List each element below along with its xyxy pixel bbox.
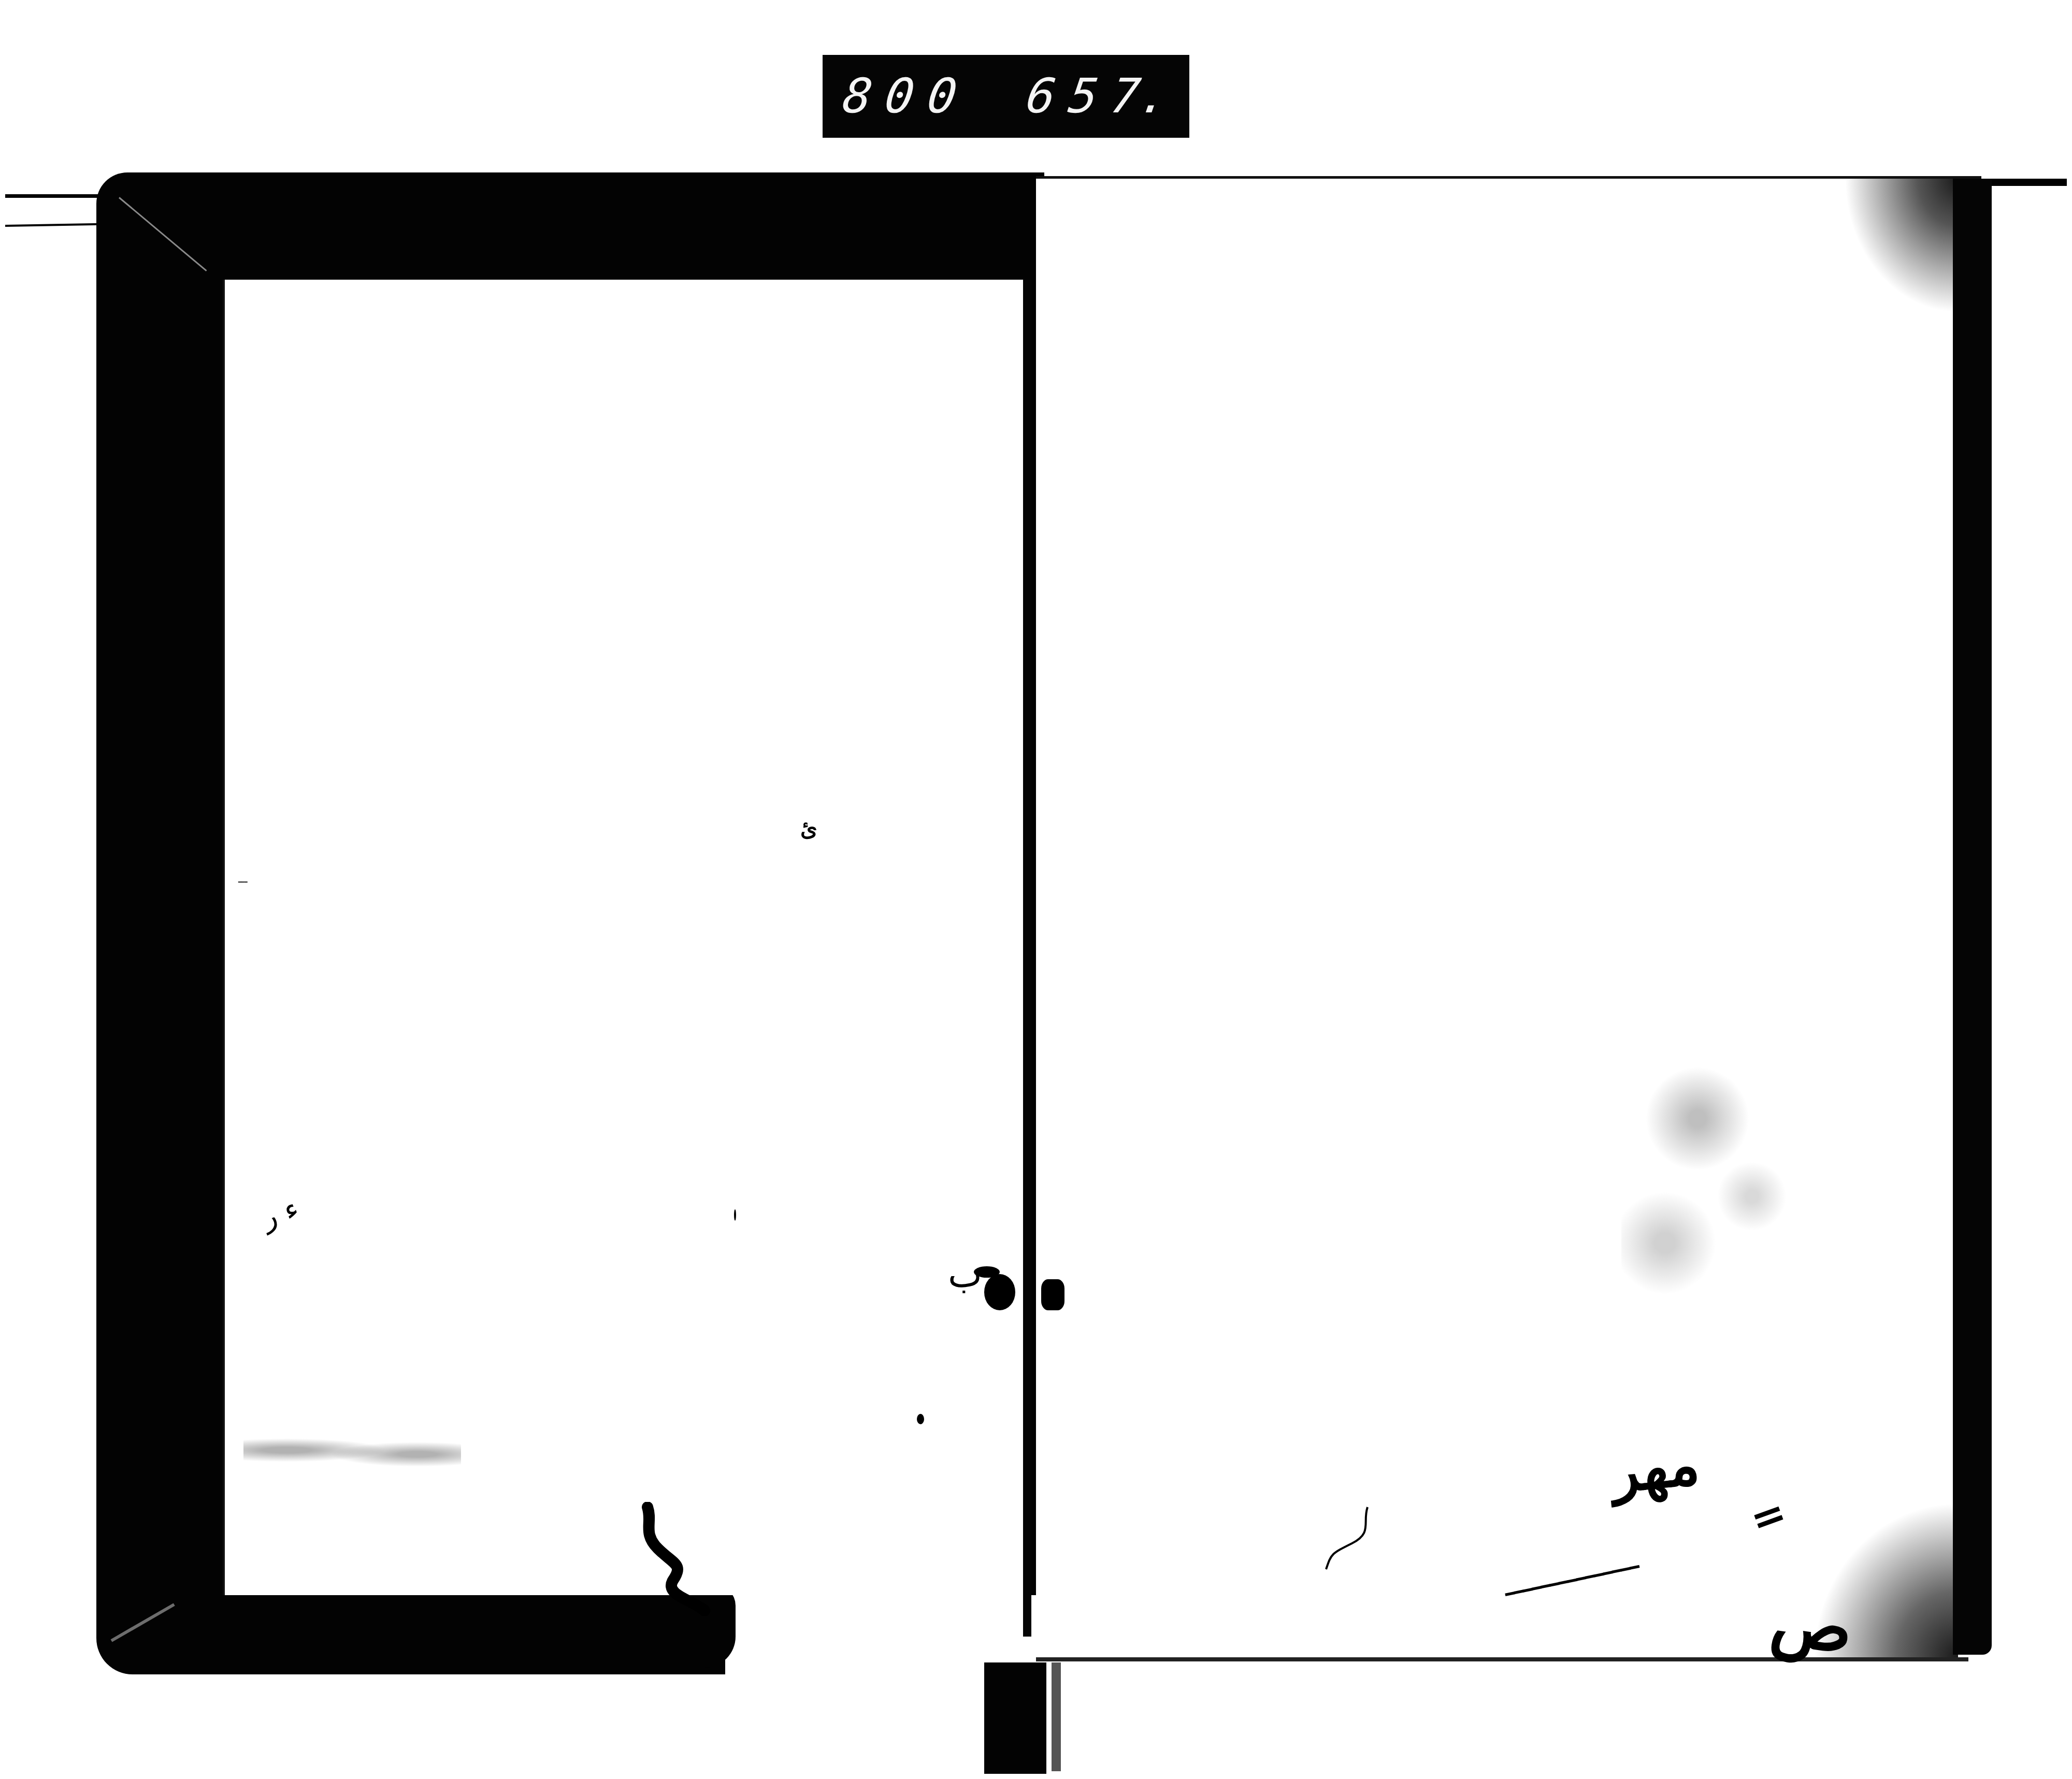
ink-smudge-right xyxy=(1621,1057,1839,1367)
book-spine xyxy=(1023,280,1031,1637)
frame-label-digit: 0 xyxy=(924,73,959,120)
ink-squiggle-right-page xyxy=(1311,1502,1388,1580)
ink-blot-spine-left xyxy=(984,1274,1015,1310)
handwritten-mark-center: ئ xyxy=(800,816,817,841)
frame-label-digit: 8 xyxy=(840,73,875,120)
scanner-rail-left-lower xyxy=(5,223,109,227)
spine-tab-edge xyxy=(1052,1662,1061,1771)
scanner-rail-right xyxy=(1979,179,2067,186)
frame-label-digit: 6 xyxy=(1024,73,1059,120)
handwritten-mark-margin: ـــ xyxy=(238,873,248,885)
frame-label-digit: 0 xyxy=(882,73,917,120)
frame-label-right-group: 6 5 7. xyxy=(1027,73,1169,120)
page-right xyxy=(1036,179,1981,1665)
shadow-top-right xyxy=(1844,179,1958,313)
frame-label-digit: 7. xyxy=(1108,73,1172,120)
frame-number-label: 8 0 0 6 5 7. xyxy=(823,55,1189,138)
frame-label-left-group: 8 0 0 xyxy=(843,73,956,120)
book-cover-right-edge xyxy=(1953,179,1992,1655)
handwritten-mark-bottom-right: ص xyxy=(1766,1580,1858,1669)
page-left xyxy=(223,280,1030,1595)
ink-smudge-left-bottom xyxy=(243,1429,461,1471)
handwritten-mark-spine: ب xyxy=(948,1253,982,1296)
ink-blot-spine-right xyxy=(1041,1279,1064,1310)
scanner-rail-left-upper xyxy=(5,194,109,198)
spine-tab xyxy=(984,1662,1046,1774)
ink-dot xyxy=(917,1414,924,1424)
handwritten-signature: ﻣﻬﺮ xyxy=(1608,1430,1703,1506)
frame-label-digit: 5 xyxy=(1066,73,1101,120)
ink-squiggle-left-page xyxy=(637,1502,715,1616)
ink-dot xyxy=(734,1209,736,1221)
